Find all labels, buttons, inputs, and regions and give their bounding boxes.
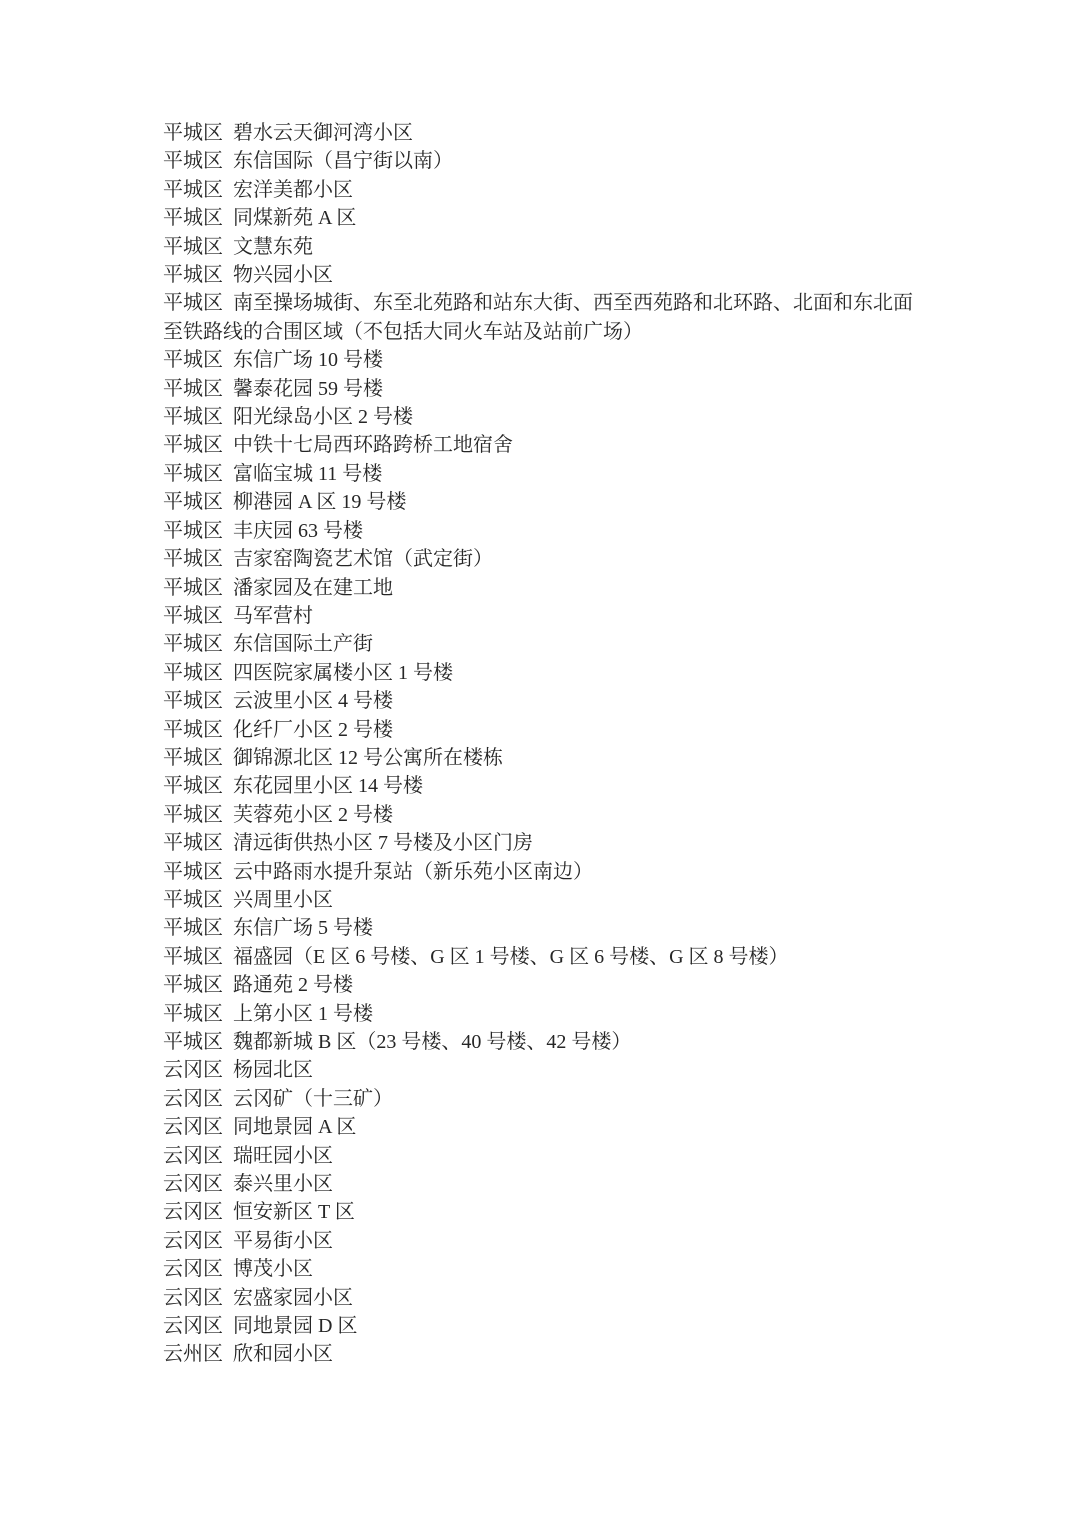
district-label: 云冈区: [163, 1059, 223, 1081]
place-name: 云波里小区 4 号楼: [233, 690, 393, 712]
list-item: 平城区 文慧东苑: [163, 233, 921, 261]
district-label: 平城区: [163, 775, 223, 797]
district-label: 平城区: [163, 889, 223, 911]
district-label: 平城区: [163, 747, 223, 769]
list-item: 平城区 同煤新苑 A 区: [163, 204, 921, 232]
district-label: 云冈区: [163, 1116, 223, 1138]
district-label: 云冈区: [163, 1315, 223, 1337]
place-name: 云中路雨水提升泵站（新乐苑小区南边）: [233, 861, 593, 883]
place-name: 清远街供热小区 7 号楼及小区门房: [233, 832, 533, 854]
district-label: 平城区: [163, 122, 223, 144]
district-label: 平城区: [163, 491, 223, 513]
place-name: 中铁十七局西环路跨桥工地宿舍: [233, 434, 513, 456]
district-label: 云州区: [163, 1343, 223, 1365]
list-item: 平城区 中铁十七局西环路跨桥工地宿舍: [163, 431, 921, 459]
place-name: 馨泰花园 59 号楼: [233, 378, 383, 400]
list-item: 云冈区 同地景园 D 区: [163, 1312, 921, 1340]
district-label: 平城区: [163, 434, 223, 456]
place-name: 泰兴里小区: [233, 1173, 333, 1195]
district-label: 平城区: [163, 1031, 223, 1053]
place-name: 碧水云天御河湾小区: [233, 122, 413, 144]
district-label: 平城区: [163, 292, 223, 314]
place-name: 同地景园 D 区: [233, 1315, 357, 1337]
district-label: 云冈区: [163, 1287, 223, 1309]
place-name: 魏都新城 B 区（23 号楼、40 号楼、42 号楼）: [233, 1031, 631, 1053]
place-name: 东花园里小区 14 号楼: [233, 775, 423, 797]
list-item: 平城区 福盛园（E 区 6 号楼、G 区 1 号楼、G 区 6 号楼、G 区 8…: [163, 943, 921, 971]
place-name: 上第小区 1 号楼: [233, 1003, 373, 1025]
list-item: 平城区 化纤厂小区 2 号楼: [163, 716, 921, 744]
place-name: 南至操场城街、东至北苑路和站东大街、西至西苑路和北环路、北面和东北面至铁路线的合…: [163, 292, 913, 342]
list-item: 平城区 清远街供热小区 7 号楼及小区门房: [163, 829, 921, 857]
district-label: 云冈区: [163, 1201, 223, 1223]
list-item: 平城区 南至操场城街、东至北苑路和站东大街、西至西苑路和北环路、北面和东北面至铁…: [163, 289, 921, 346]
place-name: 宏盛家园小区: [233, 1287, 353, 1309]
district-label: 云冈区: [163, 1173, 223, 1195]
place-name: 欣和园小区: [233, 1343, 333, 1365]
place-name: 柳港园 A 区 19 号楼: [233, 491, 406, 513]
district-label: 平城区: [163, 861, 223, 883]
list-item: 平城区 兴周里小区: [163, 886, 921, 914]
list-item: 云州区 欣和园小区: [163, 1340, 921, 1368]
list-item: 平城区 物兴园小区: [163, 261, 921, 289]
place-name: 恒安新区 T 区: [233, 1201, 355, 1223]
place-name: 文慧东苑: [233, 236, 313, 258]
list-item: 平城区 宏洋美都小区: [163, 176, 921, 204]
place-name: 福盛园（E 区 6 号楼、G 区 1 号楼、G 区 6 号楼、G 区 8 号楼）: [233, 946, 789, 968]
place-name: 阳光绿岛小区 2 号楼: [233, 406, 413, 428]
district-label: 平城区: [163, 946, 223, 968]
list-item: 平城区 东信国际土产街: [163, 630, 921, 658]
document-page: 平城区 碧水云天御河湾小区平城区 东信国际（昌宁街以南）平城区 宏洋美都小区平城…: [0, 0, 1080, 1526]
list-item: 平城区 馨泰花园 59 号楼: [163, 375, 921, 403]
list-item: 云冈区 博茂小区: [163, 1255, 921, 1283]
place-name: 丰庆园 63 号楼: [233, 520, 363, 542]
place-name: 兴周里小区: [233, 889, 333, 911]
district-label: 平城区: [163, 179, 223, 201]
district-label: 平城区: [163, 406, 223, 428]
place-name: 瑞旺园小区: [233, 1145, 333, 1167]
place-name: 东信广场 5 号楼: [233, 917, 373, 939]
district-label: 平城区: [163, 974, 223, 996]
list-item: 云冈区 瑞旺园小区: [163, 1142, 921, 1170]
district-label: 云冈区: [163, 1258, 223, 1280]
list-item: 平城区 东花园里小区 14 号楼: [163, 772, 921, 800]
place-name: 杨园北区: [233, 1059, 313, 1081]
list-item: 平城区 四医院家属楼小区 1 号楼: [163, 659, 921, 687]
place-name: 物兴园小区: [233, 264, 333, 286]
list-item: 平城区 吉家窑陶瓷艺术馆（武定街）: [163, 545, 921, 573]
place-name: 富临宝城 11 号楼: [233, 463, 382, 485]
place-name: 东信广场 10 号楼: [233, 349, 383, 371]
place-name: 吉家窑陶瓷艺术馆（武定街）: [233, 548, 493, 570]
list-item: 云冈区 云冈矿（十三矿）: [163, 1085, 921, 1113]
list-item: 云冈区 同地景园 A 区: [163, 1113, 921, 1141]
district-label: 平城区: [163, 1003, 223, 1025]
district-label: 平城区: [163, 150, 223, 172]
district-label: 平城区: [163, 548, 223, 570]
list-item: 平城区 柳港园 A 区 19 号楼: [163, 488, 921, 516]
list-item: 云冈区 宏盛家园小区: [163, 1284, 921, 1312]
list-item: 云冈区 恒安新区 T 区: [163, 1198, 921, 1226]
district-label: 平城区: [163, 633, 223, 655]
place-name: 御锦源北区 12 号公寓所在楼栋: [233, 747, 503, 769]
place-name: 东信国际土产街: [233, 633, 373, 655]
district-label: 平城区: [163, 804, 223, 826]
district-label: 平城区: [163, 690, 223, 712]
district-label: 平城区: [163, 917, 223, 939]
list-item: 平城区 上第小区 1 号楼: [163, 1000, 921, 1028]
list-item: 平城区 东信国际（昌宁街以南）: [163, 147, 921, 175]
district-label: 平城区: [163, 832, 223, 854]
list-item: 平城区 碧水云天御河湾小区: [163, 119, 921, 147]
list-item: 平城区 东信广场 10 号楼: [163, 346, 921, 374]
list-item: 平城区 马军营村: [163, 602, 921, 630]
district-label: 平城区: [163, 605, 223, 627]
place-name: 平易街小区: [233, 1230, 333, 1252]
list-item: 平城区 御锦源北区 12 号公寓所在楼栋: [163, 744, 921, 772]
district-label: 云冈区: [163, 1088, 223, 1110]
place-name: 马军营村: [233, 605, 313, 627]
list-item: 平城区 潘家园及在建工地: [163, 574, 921, 602]
list-item: 平城区 东信广场 5 号楼: [163, 914, 921, 942]
list-item: 平城区 富临宝城 11 号楼: [163, 460, 921, 488]
place-name: 四医院家属楼小区 1 号楼: [233, 662, 453, 684]
list-item: 平城区 路通苑 2 号楼: [163, 971, 921, 999]
place-name: 宏洋美都小区: [233, 179, 353, 201]
district-label: 平城区: [163, 236, 223, 258]
restriction-list: 平城区 碧水云天御河湾小区平城区 东信国际（昌宁街以南）平城区 宏洋美都小区平城…: [163, 119, 921, 1369]
district-label: 平城区: [163, 662, 223, 684]
district-label: 平城区: [163, 719, 223, 741]
place-name: 东信国际（昌宁街以南）: [233, 150, 453, 172]
place-name: 化纤厂小区 2 号楼: [233, 719, 393, 741]
district-label: 平城区: [163, 463, 223, 485]
place-name: 云冈矿（十三矿）: [233, 1088, 393, 1110]
district-label: 云冈区: [163, 1230, 223, 1252]
list-item: 平城区 丰庆园 63 号楼: [163, 517, 921, 545]
district-label: 平城区: [163, 520, 223, 542]
list-item: 平城区 魏都新城 B 区（23 号楼、40 号楼、42 号楼）: [163, 1028, 921, 1056]
place-name: 同煤新苑 A 区: [233, 207, 356, 229]
district-label: 平城区: [163, 207, 223, 229]
place-name: 同地景园 A 区: [233, 1116, 356, 1138]
district-label: 云冈区: [163, 1145, 223, 1167]
district-label: 平城区: [163, 577, 223, 599]
place-name: 博茂小区: [233, 1258, 313, 1280]
list-item: 平城区 芙蓉苑小区 2 号楼: [163, 801, 921, 829]
place-name: 路通苑 2 号楼: [233, 974, 353, 996]
place-name: 潘家园及在建工地: [233, 577, 393, 599]
list-item: 云冈区 平易街小区: [163, 1227, 921, 1255]
list-item: 云冈区 泰兴里小区: [163, 1170, 921, 1198]
list-item: 平城区 阳光绿岛小区 2 号楼: [163, 403, 921, 431]
list-item: 平城区 云中路雨水提升泵站（新乐苑小区南边）: [163, 858, 921, 886]
district-label: 平城区: [163, 349, 223, 371]
district-label: 平城区: [163, 264, 223, 286]
place-name: 芙蓉苑小区 2 号楼: [233, 804, 393, 826]
district-label: 平城区: [163, 378, 223, 400]
list-item: 平城区 云波里小区 4 号楼: [163, 687, 921, 715]
list-item: 云冈区 杨园北区: [163, 1056, 921, 1084]
